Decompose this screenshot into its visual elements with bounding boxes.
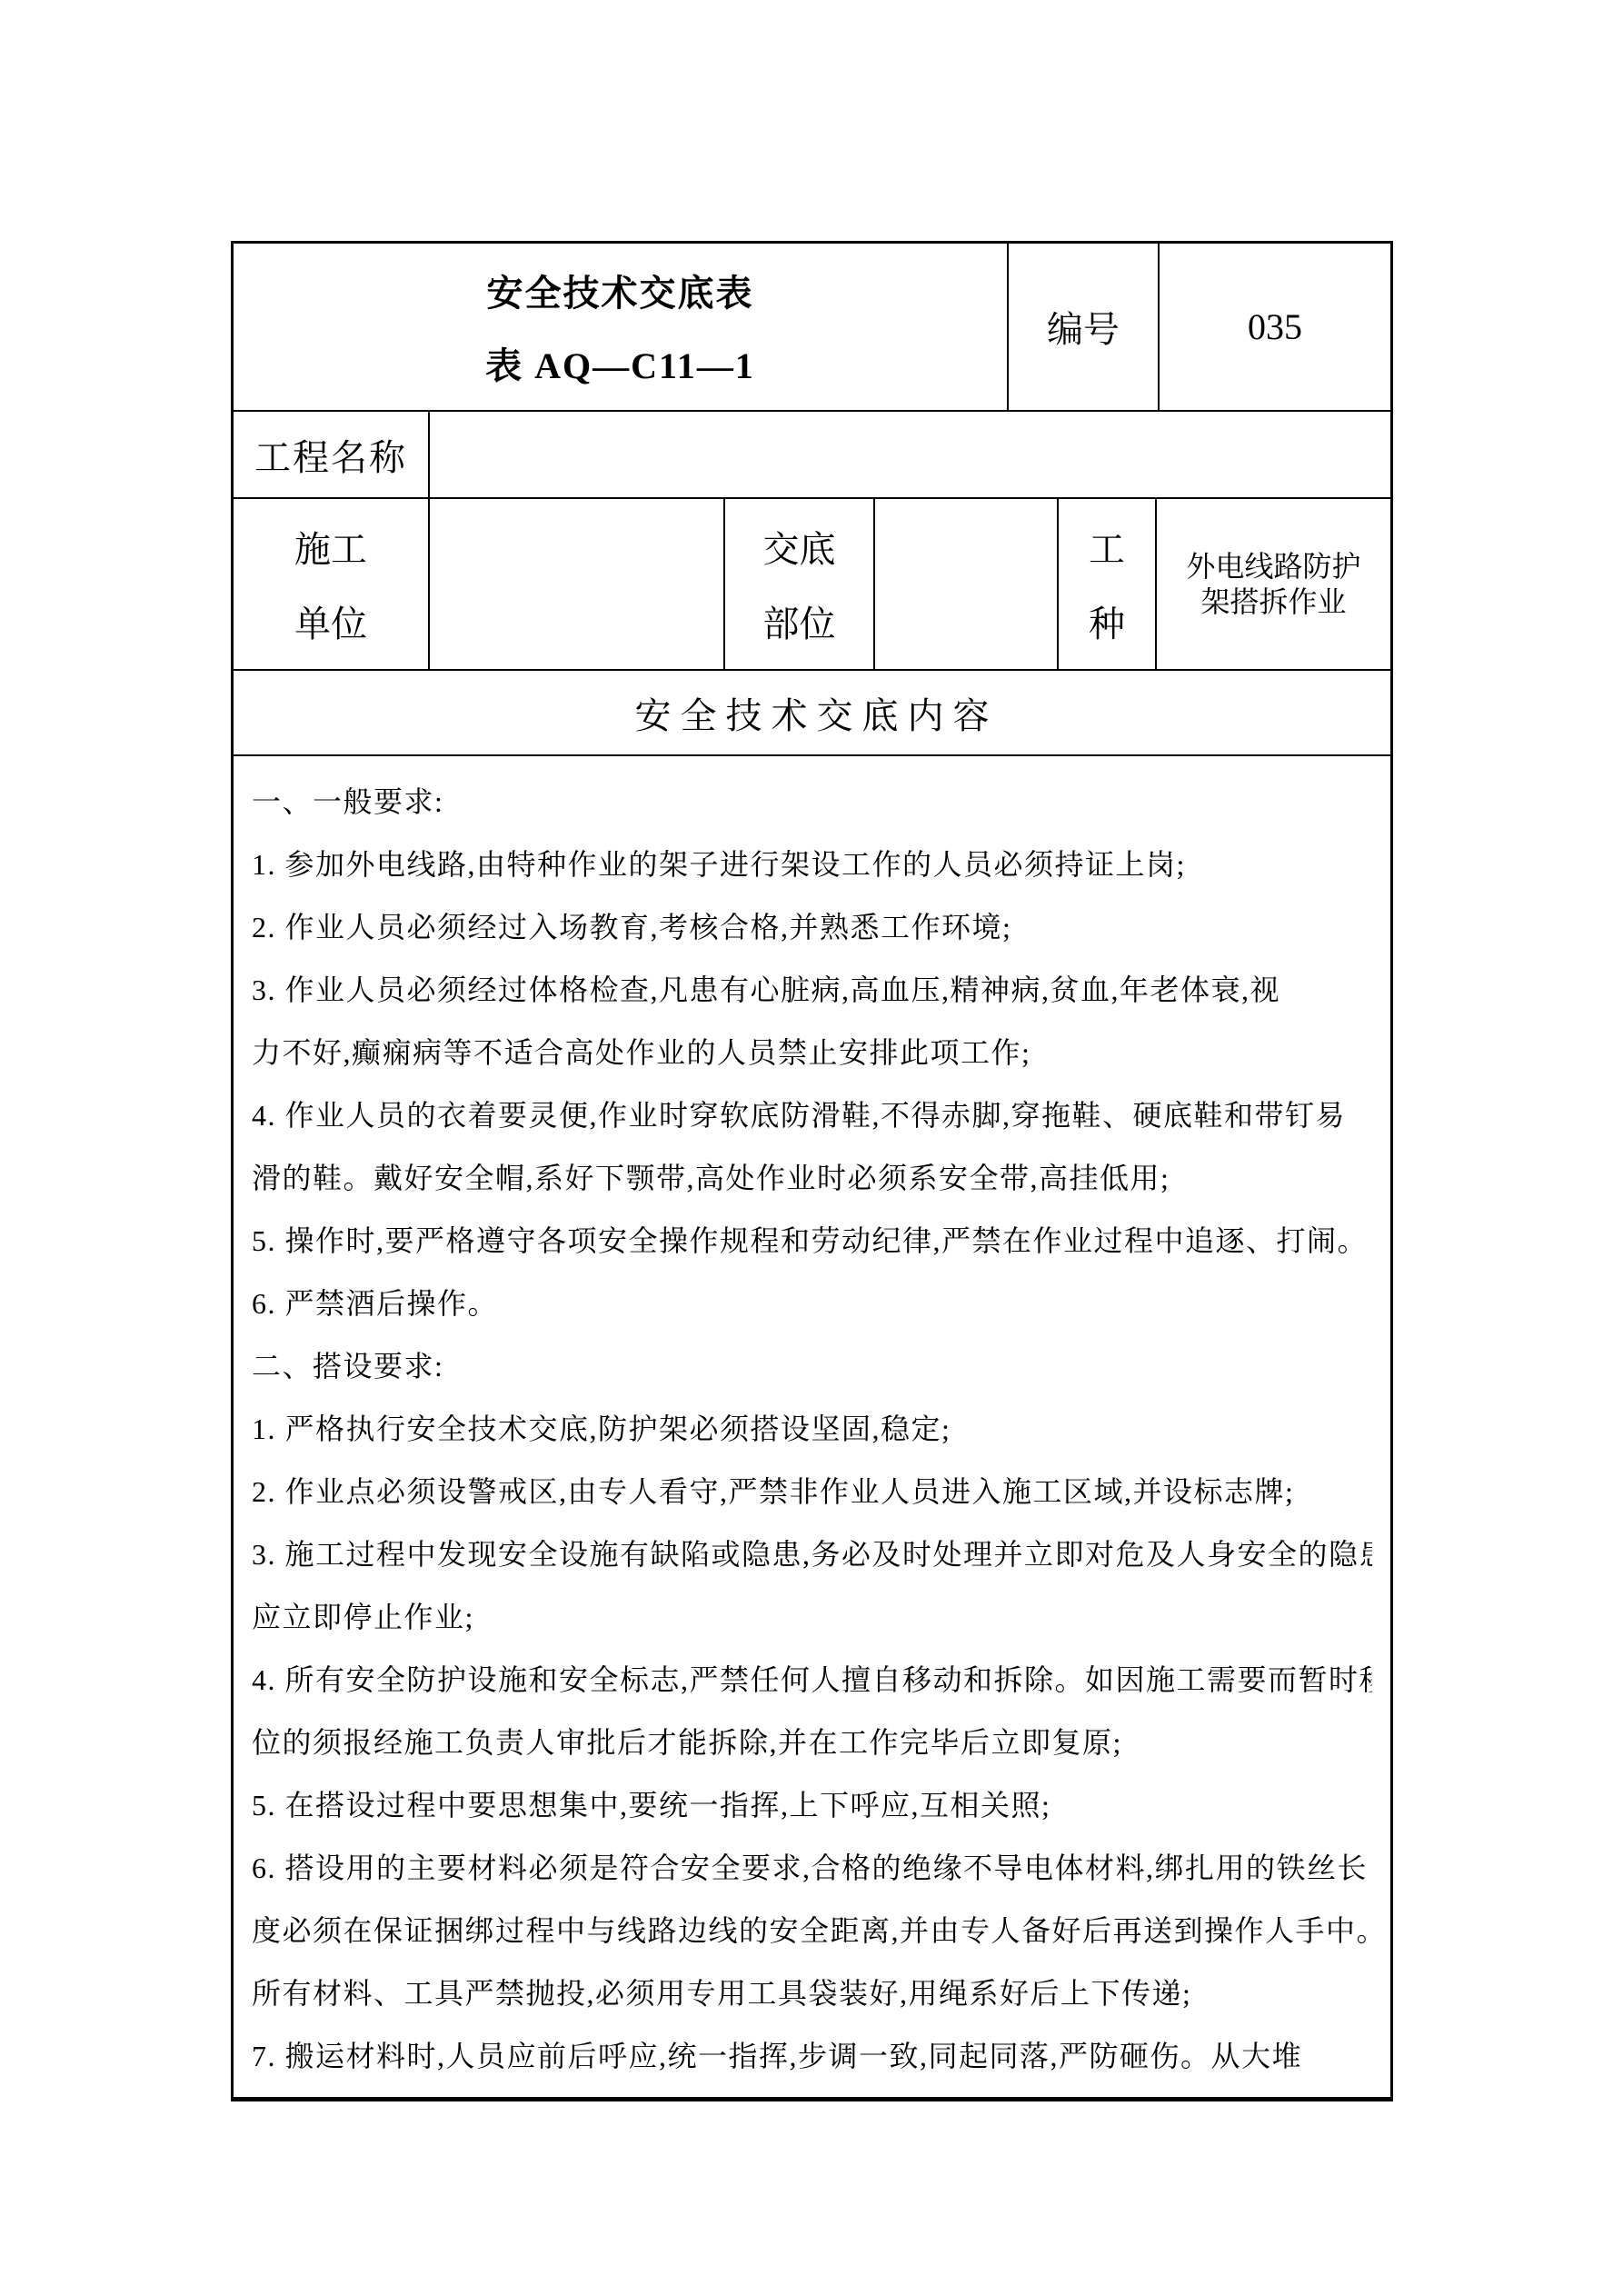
code-label: 编号 <box>1009 244 1160 410</box>
construction-unit-label-line2: 单位 <box>294 595 367 647</box>
content-line: 度必须在保证捆绑过程中与线路边线的安全距离,并由专人备好后再送到操作人手中。 <box>252 1900 1372 1962</box>
project-name-label: 工程名称 <box>234 412 430 497</box>
content-line: 位的须报经施工负责人审批后才能拆除,并在工作完毕后立即复原; <box>252 1712 1372 1774</box>
content-line: 所有材料、工具严禁抛投,必须用专用工具袋装好,用绳系好后上下传递; <box>252 1962 1372 2025</box>
content-line: 4. 所有安全防护设施和安全标志,严禁任何人擅自移动和拆除。如因施工需要而暂时移 <box>252 1649 1372 1712</box>
content-line: 二、搭设要求: <box>252 1335 1372 1398</box>
disclosure-part-label-line1: 交底 <box>763 521 836 573</box>
construction-unit-label-line1: 施工 <box>294 521 367 573</box>
content-line: 5. 在搭设过程中要思想集中,要统一指挥,上下呼应,互相关照; <box>252 1774 1372 1837</box>
content-line: 力不好,癫痫病等不适合高处作业的人员禁止安排此项工作; <box>252 1022 1372 1084</box>
form-number-title: 表 AQ—C11—1 <box>485 337 755 389</box>
content-line: 3. 作业人员必须经过体格检查,凡患有心脏病,高血压,精神病,贫血,年老体衰,视 <box>252 959 1372 1022</box>
project-name-value <box>430 412 1390 497</box>
content-line: 2. 作业人员必须经过入场教育,考核合格,并熟悉工作环境; <box>252 896 1372 959</box>
construction-unit-value <box>430 499 725 669</box>
disclosure-part-value <box>875 499 1059 669</box>
project-name-row: 工程名称 <box>234 412 1390 499</box>
construction-unit-label: 施工 单位 <box>234 499 430 669</box>
content-line: 6. 严禁酒后操作。 <box>252 1273 1372 1335</box>
work-type-label: 工 种 <box>1059 499 1157 669</box>
content-line: 4. 作业人员的衣着要灵便,作业时穿软底防滑鞋,不得赤脚,穿拖鞋、硬底鞋和带钉易 <box>252 1084 1372 1147</box>
content-header: 安 全 技 术 交 底 内 容 <box>234 671 1390 754</box>
content-line: 5. 操作时,要严格遵守各项安全操作规程和劳动纪律,严禁在作业过程中追逐、打闹。 <box>252 1210 1372 1273</box>
content-line: 1. 参加外电线路,由特种作业的架子进行架设工作的人员必须持证上岗; <box>252 834 1372 896</box>
safety-disclosure-form: 安全技术交底表 表 AQ—C11—1 编号 035 工程名称 施工 单位 交底 … <box>231 241 1393 2101</box>
content-line: 1. 严格执行安全技术交底,防护架必须搭设坚固,稳定; <box>252 1398 1372 1461</box>
content-line: 7. 搬运材料时,人员应前后呼应,统一指挥,步调一致,同起同落,严防砸伤。从大堆 <box>252 2025 1372 2088</box>
content-line: 6. 搭设用的主要材料必须是符合安全要求,合格的绝缘不导电体材料,绑扎用的铁丝长 <box>252 1837 1372 1900</box>
info-row: 施工 单位 交底 部位 工 种 外电线路防护 架搭拆作业 <box>234 499 1390 671</box>
work-type-value-line2: 架搭拆作业 <box>1200 584 1346 620</box>
content-line: 应立即停止作业; <box>252 1586 1372 1649</box>
work-type-label-line2: 种 <box>1089 595 1125 647</box>
form-title: 安全技术交底表 <box>487 265 754 316</box>
code-value: 035 <box>1160 244 1390 410</box>
form-title-cell: 安全技术交底表 表 AQ—C11—1 <box>234 244 1009 410</box>
content-body: 一、一般要求: 1. 参加外电线路,由特种作业的架子进行架设工作的人员必须持证上… <box>234 756 1390 2097</box>
work-type-value-line1: 外电线路防护 <box>1186 549 1360 584</box>
work-type-value: 外电线路防护 架搭拆作业 <box>1157 499 1390 669</box>
content-line: 一、一般要求: <box>252 771 1372 834</box>
content-line: 滑的鞋。戴好安全帽,系好下颚带,高处作业时必须系安全带,高挂低用; <box>252 1147 1372 1210</box>
disclosure-part-label: 交底 部位 <box>725 499 875 669</box>
disclosure-part-label-line2: 部位 <box>763 595 836 647</box>
form-header-row: 安全技术交底表 表 AQ—C11—1 编号 035 <box>234 244 1390 412</box>
content-line: 2. 作业点必须设警戒区,由专人看守,严禁非作业人员进入施工区域,并设标志牌; <box>252 1461 1372 1523</box>
work-type-label-line1: 工 <box>1089 521 1125 573</box>
content-line: 3. 施工过程中发现安全设施有缺陷或隐患,务必及时处理并立即对危及人身安全的隐患 <box>252 1523 1372 1586</box>
content-header-row: 安 全 技 术 交 底 内 容 <box>234 671 1390 756</box>
